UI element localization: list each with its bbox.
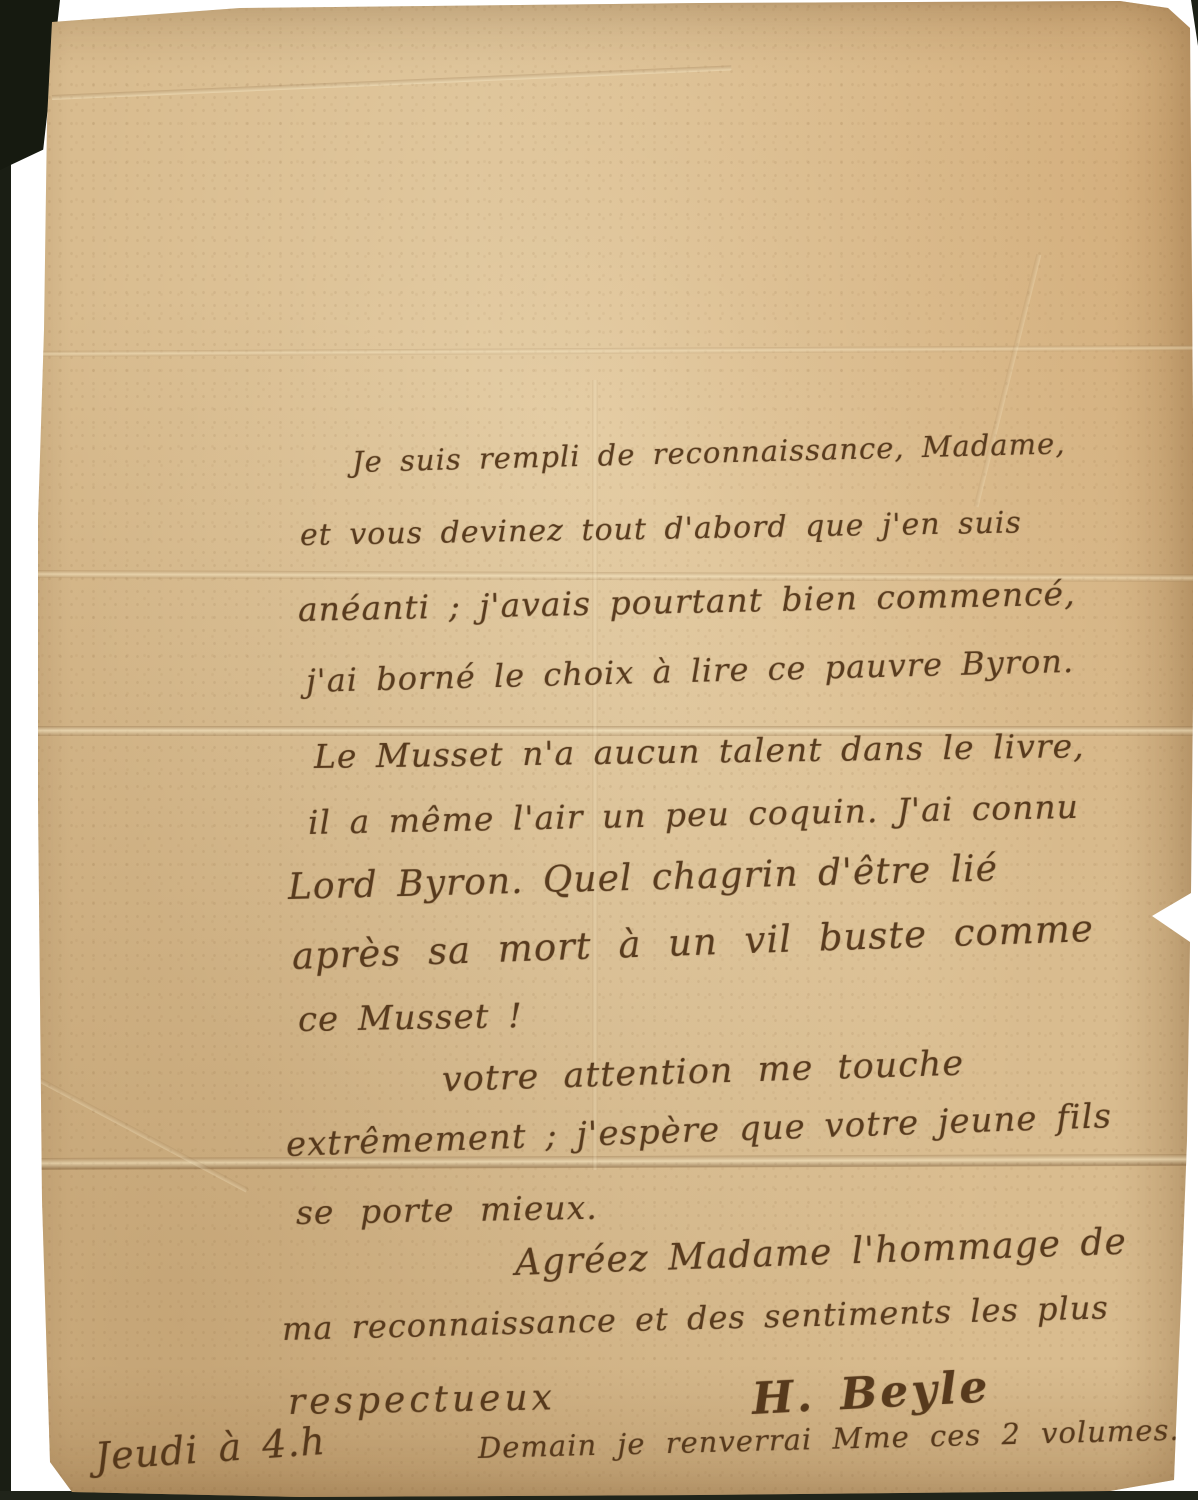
date-note: Jeudi à 4.h (94, 1422, 327, 1476)
crease-diagonal-right (974, 254, 1042, 507)
fold-crease-vertical-center (592, 380, 598, 1170)
letter-paper: Je suis rempli de reconnaissance, Madame… (0, 0, 1198, 1500)
postscript-line: Demain je renverrai Mme ces 2 volumes. (478, 1416, 1180, 1463)
crease-diagonal-top-left (52, 65, 732, 100)
letter-line: votre attention me touche (441, 1047, 964, 1098)
letter-line: Lord Byron. Quel chagrin d'être lié (288, 851, 999, 906)
letter-line: et vous devinez tout d'abord que j'en su… (300, 508, 1022, 551)
scanner-bed-left-edge (0, 0, 11, 1500)
letter-line: respectueux (288, 1380, 557, 1421)
crease-diagonal-bottom-left (34, 1075, 248, 1192)
letter-line: se porte mieux. (296, 1191, 598, 1229)
letter-line: après sa mort à un vil buste comme (291, 910, 1094, 975)
letter-line: Agréez Madame l'hommage de (514, 1225, 1127, 1282)
letter-line: Je suis rempli de reconnaissance, Madame… (352, 429, 1066, 477)
scan-surface: Je suis rempli de reconnaissance, Madame… (0, 0, 1198, 1500)
letter-line: Le Musset n'a aucun talent dans le livre… (314, 729, 1085, 773)
signature: H. Beyle (751, 1366, 992, 1422)
letter-line: ce Musset ! (298, 999, 523, 1037)
letter-line: anéanti ; j'avais pourtant bien commencé… (298, 577, 1076, 626)
letter-line: j'ai borné le choix à lire ce pauvre Byr… (306, 645, 1075, 697)
letter-line: extrêmement ; j'espère que votre jeune f… (285, 1099, 1112, 1162)
letter-line: ma reconnaissance et des sentiments les … (282, 1291, 1110, 1345)
letter-line: il a même l'air un peu coquin. J'ai conn… (308, 790, 1080, 839)
